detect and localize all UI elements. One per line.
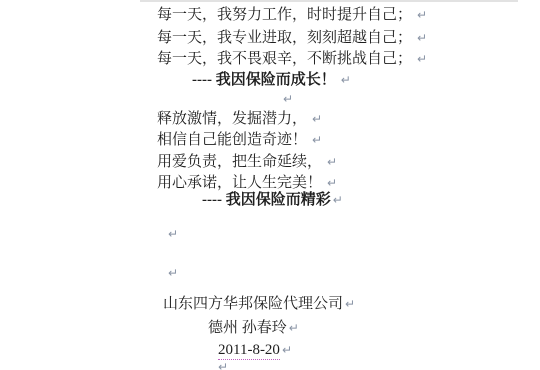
slogan-text: ---- 我因保险而精彩 <box>202 192 331 208</box>
poem-line-text: 每一天，我努力工作，时时提升自己； <box>157 7 412 23</box>
signer-line: 德州 孙春玲↵ <box>208 318 299 338</box>
poem-line: 每一天，我不畏艰辛，不断挑战自己；↵ <box>157 49 427 69</box>
paragraph-mark-icon: ↵ <box>327 176 337 190</box>
document-page: 每一天，我努力工作，时时提升自己；↵ 每一天，我专业进取，刻刻超越自己；↵ 每一… <box>0 0 540 370</box>
cropped-previous-line-artifact <box>140 0 518 2</box>
empty-paragraph-mark-icon: ↵ <box>168 226 178 242</box>
paragraph-mark-icon: ↵ <box>327 155 337 169</box>
date-line: 2011-8-20↵ <box>218 340 292 360</box>
paragraph-mark-icon: ↵ <box>417 31 427 45</box>
paragraph-mark-icon: ↵ <box>345 297 355 311</box>
poem-line-text: 每一天，我不畏艰辛，不断挑战自己； <box>157 51 412 67</box>
signer-name: 德州 孙春玲 <box>208 320 287 336</box>
paragraph-mark-icon: ↵ <box>341 73 351 87</box>
empty-paragraph-mark-icon: ↵ <box>168 265 178 281</box>
paragraph-mark-icon: ↵ <box>417 52 427 66</box>
paragraph-mark-icon: ↵ <box>289 321 299 335</box>
poem-line-text: 每一天，我专业进取，刻刻超越自己； <box>157 30 412 46</box>
poem-line: 释放激情，发掘潜力，↵ <box>157 109 322 129</box>
paragraph-mark-icon: ↵ <box>312 133 322 147</box>
poem-line-text: 用爱负责，把生命延续， <box>157 154 322 170</box>
poem-line-text: 用心承诺，让人生完美！ <box>157 175 322 191</box>
paragraph-mark-icon: ↵ <box>312 112 322 126</box>
empty-paragraph-mark-icon: ↵ <box>283 91 293 107</box>
poem-line-text: 相信自己能创造奇迹！ <box>157 132 307 148</box>
paragraph-mark-icon: ↵ <box>282 343 292 357</box>
slogan-line-growth: ---- 我因保险而成长！↵ <box>192 70 351 90</box>
slogan-text: ---- 我因保险而成长！ <box>192 72 336 88</box>
slogan-line-splendid: ---- 我因保险而精彩↵ <box>202 190 343 210</box>
company-name-line: 山东四方华邦保险代理公司↵ <box>163 294 355 314</box>
poem-line: 每一天，我努力工作，时时提升自己；↵ <box>157 5 427 25</box>
paragraph-mark-icon: ↵ <box>333 193 343 207</box>
poem-line: 相信自己能创造奇迹！↵ <box>157 130 322 150</box>
company-name: 山东四方华邦保险代理公司 <box>163 296 343 312</box>
poem-line: 每一天，我专业进取，刻刻超越自己；↵ <box>157 28 427 48</box>
poem-line-text: 释放激情，发掘潜力， <box>157 111 307 127</box>
paragraph-mark-icon: ↵ <box>417 8 427 22</box>
date-text: 2011-8-20 <box>218 342 280 360</box>
empty-paragraph-mark-icon: ↵ <box>218 359 228 370</box>
poem-line: 用爱负责，把生命延续，↵ <box>157 152 337 172</box>
